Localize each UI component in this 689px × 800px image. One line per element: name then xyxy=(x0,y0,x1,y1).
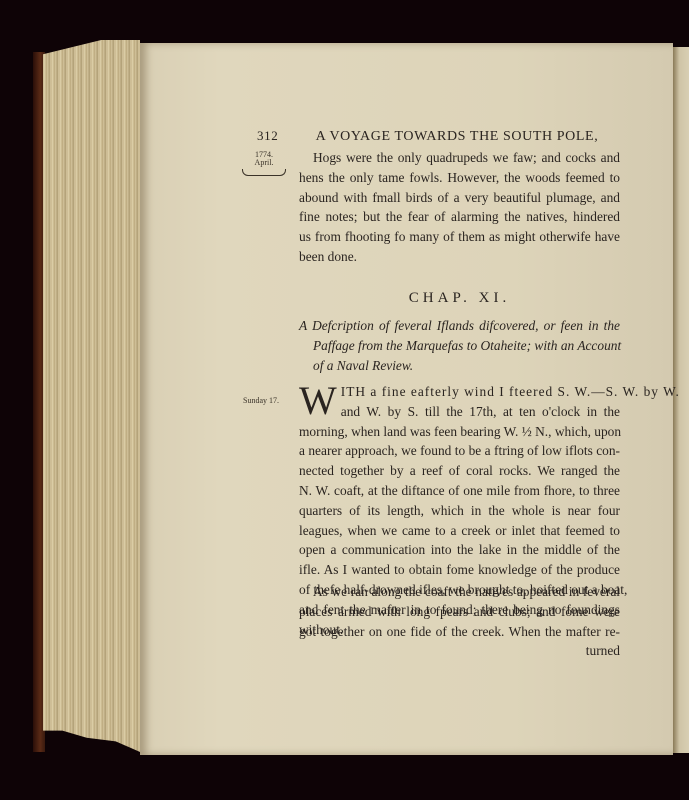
margin-note-sunday: Sunday 17. xyxy=(243,396,279,405)
text-line: us from fhooting fo many of them as migh… xyxy=(299,227,620,247)
text-line: open a communication into the lake in th… xyxy=(299,540,620,560)
text-line: and W. by S. till the 17th, at ten o'clo… xyxy=(299,402,620,422)
margin-date: 1774. April. xyxy=(241,151,287,176)
paragraph-3: As we ran along the coaft the natives ap… xyxy=(299,582,620,661)
text-line: ITH a fine eafterly wind I fteered S. W.… xyxy=(299,382,620,402)
text-line: a nearer approach, we found to be a ftri… xyxy=(299,441,620,461)
facing-page-edge xyxy=(673,47,689,753)
text-line: of a Naval Review. xyxy=(299,356,620,376)
text-line: quarters of its length, which in the who… xyxy=(299,501,620,521)
text-line: nected together by a reef of coral rocks… xyxy=(299,461,620,481)
chapter-title: CHAP. XI. xyxy=(299,290,620,307)
text-line: fine notes; but the fear of alarming the… xyxy=(299,207,620,227)
chapter-description: A Defcription of feveral Iflands difcove… xyxy=(299,316,620,376)
page-stack-edges xyxy=(43,40,140,752)
text-line: got together on one fide of the creek. W… xyxy=(299,622,620,642)
drop-cap: W xyxy=(299,384,337,418)
text-line: Paffage from the Marquefas to Otaheite; … xyxy=(299,336,620,356)
text-line: ifle. As I wanted to obtain fome knowled… xyxy=(299,560,620,580)
header-title: A VOYAGE TOWARDS THE SOUTH POLE, xyxy=(297,129,627,145)
text-line: A Defcription of feveral Iflands difcove… xyxy=(299,316,620,336)
running-head: 312 A VOYAGE TOWARDS THE SOUTH POLE, xyxy=(257,128,627,145)
text-line: places armed with long fpears and clubs;… xyxy=(299,602,620,622)
page-number: 312 xyxy=(257,128,297,144)
paragraph-1: Hogs were the only quadrupeds we faw; an… xyxy=(299,148,620,267)
catchword: turned xyxy=(299,641,620,661)
text-line: morning, when land was feen bearing W. ½… xyxy=(299,422,620,442)
text-line: been done. xyxy=(299,247,620,267)
text-line: N. W. coaft, at the diftance of one mile… xyxy=(299,481,620,501)
text-line: hens the only tame fowls. However, the w… xyxy=(299,168,620,188)
margin-month: April. xyxy=(241,159,287,167)
text-line: abound with fmall birds of a very beauti… xyxy=(299,188,620,208)
brace-icon xyxy=(242,169,286,176)
text-line: As we ran along the coaft the natives ap… xyxy=(299,582,620,602)
text-line: leagues, when we came to a creek or inle… xyxy=(299,521,620,541)
text-line: Hogs were the only quadrupeds we faw; an… xyxy=(299,148,620,168)
